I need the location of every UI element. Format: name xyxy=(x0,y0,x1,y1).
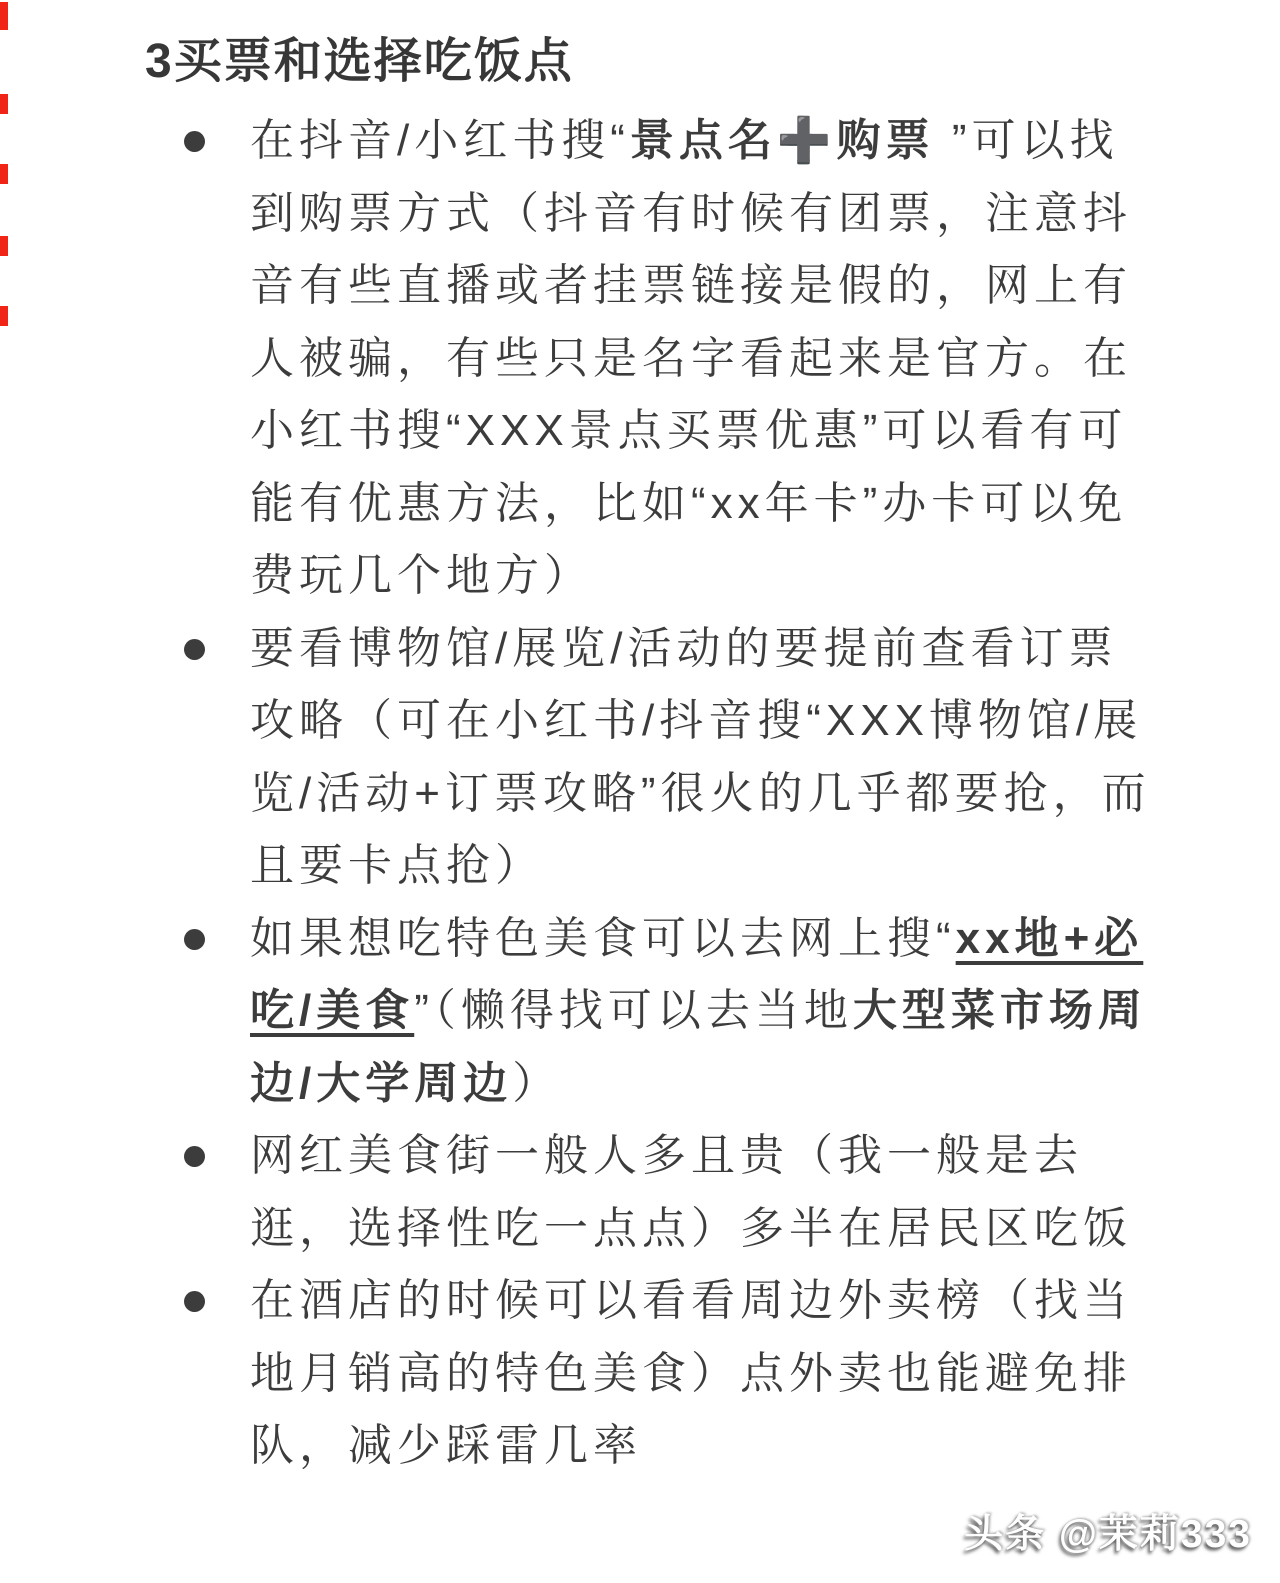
list-item-text: 在抖音/小红书搜“景点名➕购票 ”可以找到购票方式（抖音有时候有团票，注意抖音有… xyxy=(250,105,1153,613)
red-edge-mark xyxy=(0,306,8,326)
red-edge-mark xyxy=(0,94,8,114)
bullet-dot-icon xyxy=(184,929,205,950)
section-title: 3买票和选择吃饭点 xyxy=(145,36,1280,88)
list-item-text: 要看博物馆/展览/活动的要提前查看订票攻略（可在小红书/抖音搜“XXX博物馆/展… xyxy=(250,613,1153,903)
text-segment-bold: 景点名➕购票 xyxy=(630,116,935,165)
list-item-text: 网红美食街一般人多且贵（我一般是去逛，选择性吃一点点）多半在居民区吃饭 xyxy=(250,1120,1153,1265)
list-item: 如果想吃特色美食可以去网上搜“xx地+必吃/美食”（懒得找可以去当地大型菜市场周… xyxy=(0,903,1280,1121)
bullet-dot-icon xyxy=(184,639,205,660)
text-segment: ） xyxy=(512,1059,561,1108)
list-item: 在抖音/小红书搜“景点名➕购票 ”可以找到购票方式（抖音有时候有团票，注意抖音有… xyxy=(0,105,1280,613)
list-item-text: 如果想吃特色美食可以去网上搜“xx地+必吃/美食”（懒得找可以去当地大型菜市场周… xyxy=(250,903,1153,1121)
text-segment: 网红美食街一般人多且贵（我一般是去逛，选择性吃一点点）多半在居民区吃饭 xyxy=(250,1131,1132,1253)
red-edge-mark xyxy=(0,164,8,184)
note-page: 3买票和选择吃饭点 在抖音/小红书搜“景点名➕购票 ”可以找到购票方式（抖音有时… xyxy=(0,36,1280,1483)
bullet-dot-icon xyxy=(184,1291,205,1312)
text-segment: 如果想吃特色美食可以去网上搜“ xyxy=(250,914,956,963)
text-segment: ”（懒得找可以去当地 xyxy=(414,986,853,1035)
text-segment: 要看博物馆/展览/活动的要提前查看订票攻略（可在小红书/抖音搜“XXX博物馆/展… xyxy=(250,624,1151,891)
text-segment: 在酒店的时候可以看看周边外卖榜（找当地月销高的特色美食）点外卖也能避免排队，减少… xyxy=(250,1276,1132,1470)
list-item: 网红美食街一般人多且贵（我一般是去逛，选择性吃一点点）多半在居民区吃饭 xyxy=(0,1120,1280,1265)
list-item: 在酒店的时候可以看看周边外卖榜（找当地月销高的特色美食）点外卖也能避免排队，减少… xyxy=(0,1265,1280,1483)
bullet-dot-icon xyxy=(184,131,205,152)
bullet-dot-icon xyxy=(184,1146,205,1167)
red-edge-mark xyxy=(0,236,8,256)
list-item: 要看博物馆/展览/活动的要提前查看订票攻略（可在小红书/抖音搜“XXX博物馆/展… xyxy=(0,613,1280,903)
text-segment: ”可以找到购票方式（抖音有时候有团票，注意抖音有些直播或者挂票链接是假的，网上有… xyxy=(250,116,1132,600)
text-segment: 在抖音/小红书搜“ xyxy=(250,116,630,165)
bullet-list: 在抖音/小红书搜“景点名➕购票 ”可以找到购票方式（抖音有时候有团票，注意抖音有… xyxy=(0,105,1280,1483)
watermark: 头条 @茉莉333 xyxy=(964,1503,1252,1559)
list-item-text: 在酒店的时候可以看看周边外卖榜（找当地月销高的特色美食）点外卖也能避免排队，减少… xyxy=(250,1265,1153,1483)
red-edge-mark xyxy=(0,2,8,30)
